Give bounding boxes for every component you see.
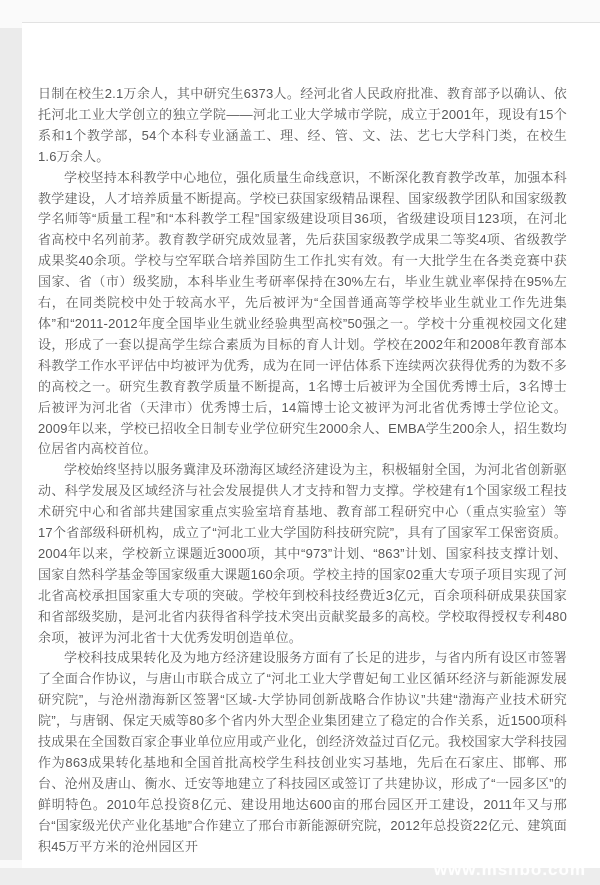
paragraph-continuation: 日制在校生2.1万余人，其中研究生6373人。经河北省人民政府批准、教育部予以确… [38,84,567,168]
screenshot-stage: 日制在校生2.1万余人，其中研究生6373人。经河北省人民政府批准、教育部予以确… [0,0,600,885]
site-watermark: www.msnbo.com [434,860,586,880]
left-margin-strip [0,28,22,860]
document-page: 日制在校生2.1万余人，其中研究生6373人。经河北省人民政府批准、教育部予以确… [22,22,600,868]
paragraph-tech-transfer: 学校科技成果转化及为地方经济建设服务方面有了长足的进步，与省内所有设区市签署了全… [38,648,567,857]
paragraph-research: 学校始终坚持以服务冀津及环渤海区域经济建设为主，积极辐射全国，为河北省创新驱动、… [38,460,567,648]
document-body: 日制在校生2.1万余人，其中研究生6373人。经河北省人民政府批准、教育部予以确… [22,23,600,858]
paragraph-teaching: 学校坚持本科教学中心地位，强化质量生命线意识，不断深化教育教学改革，加强本科教学… [38,168,567,461]
